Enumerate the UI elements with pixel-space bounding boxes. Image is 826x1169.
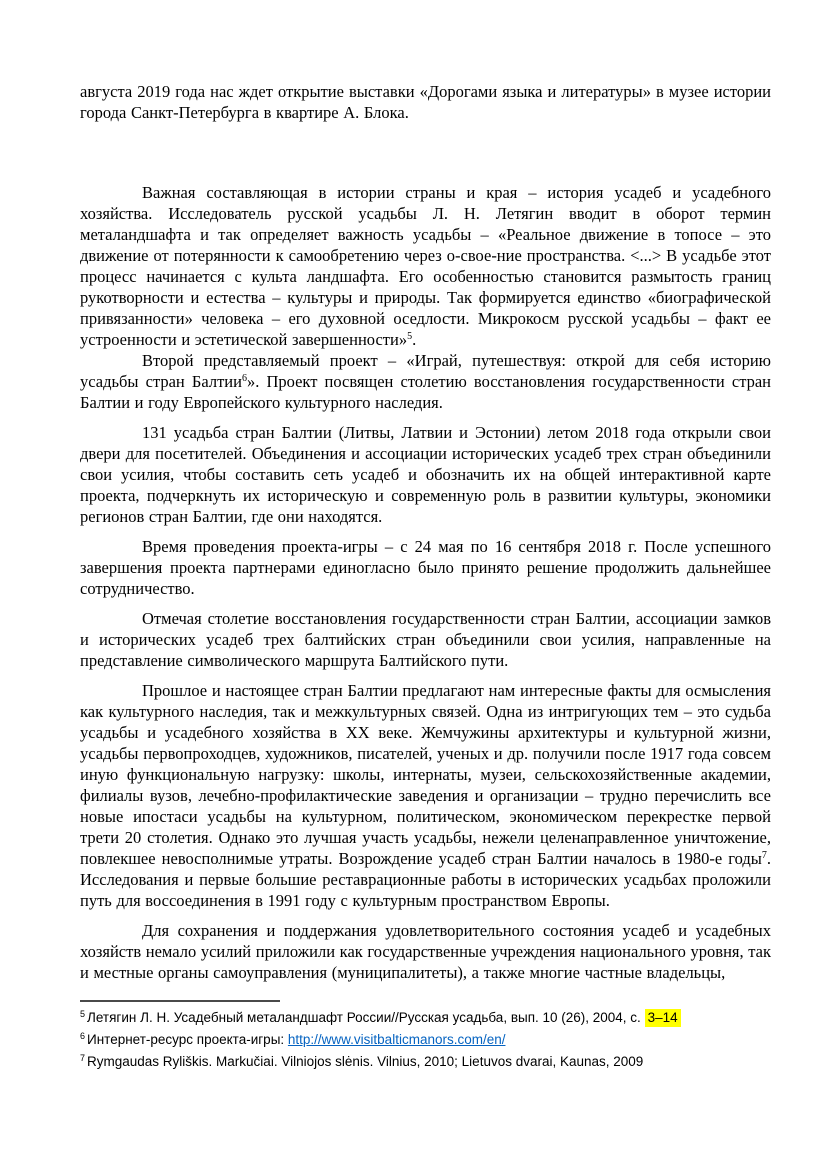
footnote-text: Rymgaudas Ryliškis. Markučiai. Vilniojos…	[87, 1054, 643, 1069]
footnote-6: 6Интернет-ресурс проекта-игры: http://ww…	[80, 1029, 771, 1051]
footnote-text: Интернет-ресурс проекта-игры:	[87, 1032, 288, 1047]
footnote-marker: 5	[80, 1009, 85, 1019]
paragraph-metalandscape: Важная составляющая в истории страны и к…	[80, 182, 771, 350]
footnote-separator	[80, 1000, 280, 1002]
paragraph-second-project: Второй представляемый проект – «Играй, п…	[80, 350, 771, 413]
paragraph-text: Время проведения проекта-игры – с 24 мая…	[80, 537, 771, 598]
paragraph-text: Прошлое и настоящее стран Балтии предлаг…	[80, 681, 771, 868]
paragraph-baltic-way: Отмечая столетие восстановления государс…	[80, 608, 771, 671]
paragraph-text: 131 усадьба стран Балтии (Литвы, Латвии …	[80, 423, 771, 526]
paragraph-text: Важная составляющая в истории страны и к…	[80, 183, 771, 349]
paragraph-text: Отмечая столетие восстановления государс…	[80, 609, 771, 670]
footnote-marker: 6	[80, 1031, 85, 1041]
hyperlink-visitbalticmanors[interactable]: http://www.visitbalticmanors.com/en/	[288, 1032, 506, 1047]
paragraph-131-manors: 131 усадьба стран Балтии (Литвы, Латвии …	[80, 422, 771, 527]
footnote-7: 7Rymgaudas Ryliškis. Markučiai. Vilniojo…	[80, 1051, 771, 1073]
paragraph-text: августа 2019 года нас ждет открытие выст…	[80, 82, 771, 122]
document-page: августа 2019 года нас ждет открытие выст…	[0, 0, 826, 1169]
footnote-5: 5Летягин Л. Н. Усадебный металандшафт Ро…	[80, 1007, 771, 1029]
paragraph-past-present: Прошлое и настоящее стран Балтии предлаг…	[80, 680, 771, 911]
paragraph-text: .	[412, 330, 416, 349]
highlighted-text: 3–14	[645, 1009, 681, 1027]
document-body: августа 2019 года нас ждет открытие выст…	[80, 81, 771, 983]
paragraph-preservation: Для сохранения и поддержания удовлетвори…	[80, 920, 771, 983]
paragraph-continuation: августа 2019 года нас ждет открытие выст…	[80, 81, 771, 123]
paragraph-text: Для сохранения и поддержания удовлетвори…	[80, 921, 771, 982]
footnote-marker: 7	[80, 1053, 85, 1063]
footnotes-section: 5Летягин Л. Н. Усадебный металандшафт Ро…	[80, 1000, 771, 1073]
paragraph-project-dates: Время проведения проекта-игры – с 24 мая…	[80, 536, 771, 599]
footnote-text: Летягин Л. Н. Усадебный металандшафт Рос…	[87, 1010, 645, 1025]
